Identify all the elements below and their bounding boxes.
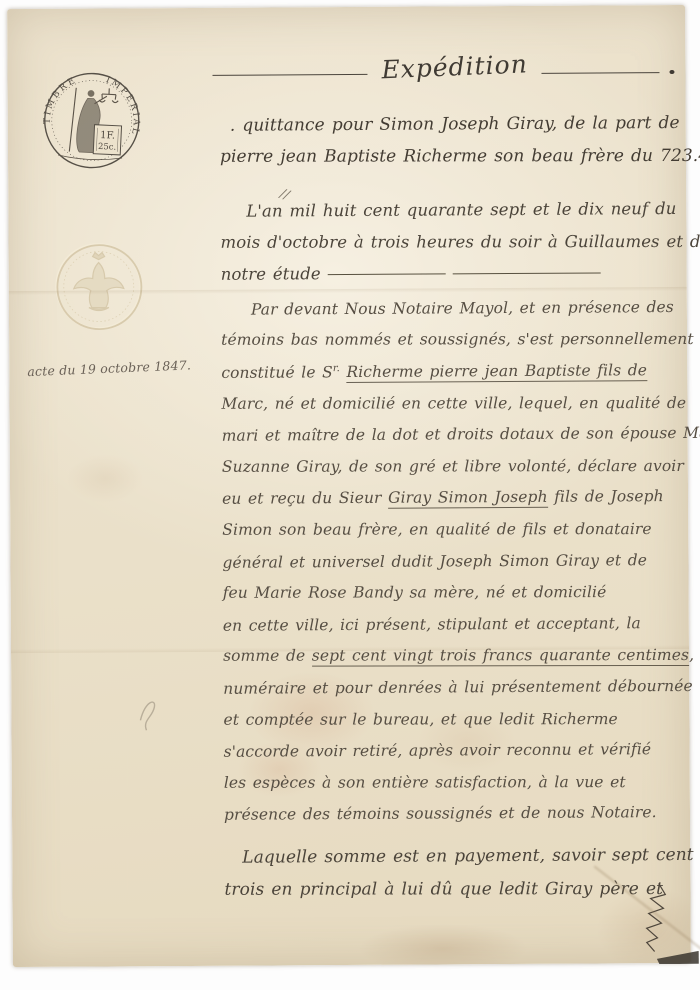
stamp-value-centimes: 25c. [98,142,117,153]
manuscript-line: témoins bas nommés et soussignés, s'est … [221,330,679,362]
manuscript-line: trois en principal à lui dû que ledit Gi… [224,879,682,913]
manuscript-line: mois d'octobre à trois heures du soir à … [221,232,679,264]
ink-blob [670,70,675,74]
handwritten-text: en cette ville, ici présent, stipulant e… [223,614,641,635]
handwritten-text: présence des témoins soussignés et de no… [224,803,657,824]
manuscript-body: . quittance pour Simon Joseph Giray, de … [220,113,683,914]
manuscript-line: s'accorde avoir retiré, après avoir reco… [224,740,682,774]
scanned-document: TIMBRE IMPERIAL [0,0,700,990]
manuscript-line: Par devant Nous Notaire Mayol, et en pré… [221,298,679,332]
manuscript-line: et comptée sur le bureau, et que ledit R… [223,709,681,741]
handwritten-text: notre étude [221,264,328,284]
corner-dark-mark [657,951,699,964]
underlined-text: sept cent vingt trois francs quarante ce… [312,646,689,667]
manuscript-line: Suzanne Giray, de son gré et libre volon… [222,457,680,489]
handwritten-text: L'an mil huit cent quarante sept et le d… [246,199,676,221]
manuscript-line: pierre jean Baptiste Richerme son beau f… [220,146,678,179]
handwritten-text: et comptée sur le bureau, et que ledit R… [223,710,617,729]
margin-date-note: acte du 19 octobre 1847. [27,357,207,379]
handwritten-text: trois en principal à lui dû que ledit Gi… [224,879,663,900]
imperial-eagle-embossed-seal-icon [50,238,147,335]
manuscript-line: Laquelle somme est en payement, savoir s… [224,845,682,881]
underlined-text: Giray Simon Joseph [388,488,548,509]
manuscript-line: en cette ville, ici présent, stipulant e… [223,614,681,648]
stamp-arc-left-label: TIMBRE [43,74,80,126]
handwritten-text: eu et reçu du Sieur [222,489,388,508]
title-left-rule [212,73,367,75]
inline-rule [328,273,446,275]
manuscript-line: somme de sept cent vingt trois francs qu… [223,646,681,678]
handwritten-text: témoins bas nommés et soussignés, s'est … [221,330,700,349]
handwritten-text: mois d'octobre à trois heures du soir à … [221,231,700,251]
manuscript-line: Marc, né et domicilié en cette ville, le… [222,394,680,426]
handwritten-text: général et universel dudit Joseph Simon … [222,551,647,572]
stamp-denomination-plate: 1F. 25c. [93,125,121,155]
inline-rule [452,272,600,274]
manuscript-line: feu Marie Rose Bandy sa mère, né et domi… [223,583,681,615]
manuscript-line: présence des témoins soussignés et de no… [224,803,682,837]
handwritten-text: , en [689,646,700,664]
handwritten-text: somme de [223,647,312,665]
handwritten-text: r. [333,363,340,374]
manuscript-line: général et universel dudit Joseph Simon … [222,551,680,585]
pencil-mark [135,692,163,736]
handwritten-text: Marc, né et domicilié en cette ville, le… [222,394,687,413]
manuscript-paragraph: . quittance pour Simon Joseph Giray, de … [220,113,678,180]
handwritten-text: s'accorde avoir retiré, après avoir reco… [224,740,652,761]
manuscript-line: notre étude [221,262,679,296]
handwritten-text: Par devant Nous Notaire Mayol, et en pré… [251,298,674,319]
handwritten-text: . quittance pour Simon Joseph Giray, de … [230,113,680,136]
manuscript-line: Simon son beau frère, en qualité de fils… [222,520,680,552]
document-page: TIMBRE IMPERIAL [7,5,691,967]
svg-text:TIMBRE: TIMBRE [43,74,80,126]
manuscript-line: eu et reçu du Sieur Giray Simon Joseph f… [222,487,680,521]
manuscript-paragraph: Par devant Nous Notaire Mayol, et en pré… [221,298,682,838]
handwritten-text: feu Marie Rose Bandy sa mère, né et domi… [223,583,607,602]
handwritten-text: Simon son beau frère, en qualité de fils… [222,520,651,539]
manuscript-line: mari et maître de la dot et droits dotau… [222,424,680,458]
stamp-value-francs: 1F. [100,130,115,142]
title-row: Expédition [212,51,674,85]
manuscript-line: L'an mil huit cent quarante sept et le d… [220,199,678,233]
page-title: Expédition [377,49,532,86]
handwritten-text: les espèces à son entière satisfaction, … [224,773,626,792]
handwritten-text: fils de Joseph [548,487,664,506]
manuscript-line: . quittance pour Simon Joseph Giray, de … [220,113,678,148]
underlined-text: Richerme pierre jean Baptiste fils de [346,361,647,383]
manuscript-paragraph: L'an mil huit cent quarante sept et le d… [220,199,679,297]
handwritten-text: pierre jean Baptiste Richerme son beau f… [220,146,700,167]
manuscript-line: constitué le Sr. Richerme pierre jean Ba… [221,361,679,395]
handwritten-text: constitué le S [221,363,333,382]
handwritten-text: numéraire et pour denrées à lui présente… [223,677,693,698]
timbre-imperial-stamp: TIMBRE IMPERIAL [37,64,146,177]
handwritten-text: Suzanne Giray, de son gré et libre volon… [222,457,684,476]
manuscript-line: les espèces à son entière satisfaction, … [224,773,682,805]
title-right-rule [542,72,660,74]
handwritten-text: mari et maître de la dot et droits dotau… [222,424,700,445]
handwritten-text: Laquelle somme est en payement, savoir s… [242,845,694,868]
manuscript-line: numéraire et pour denrées à lui présente… [223,677,681,711]
